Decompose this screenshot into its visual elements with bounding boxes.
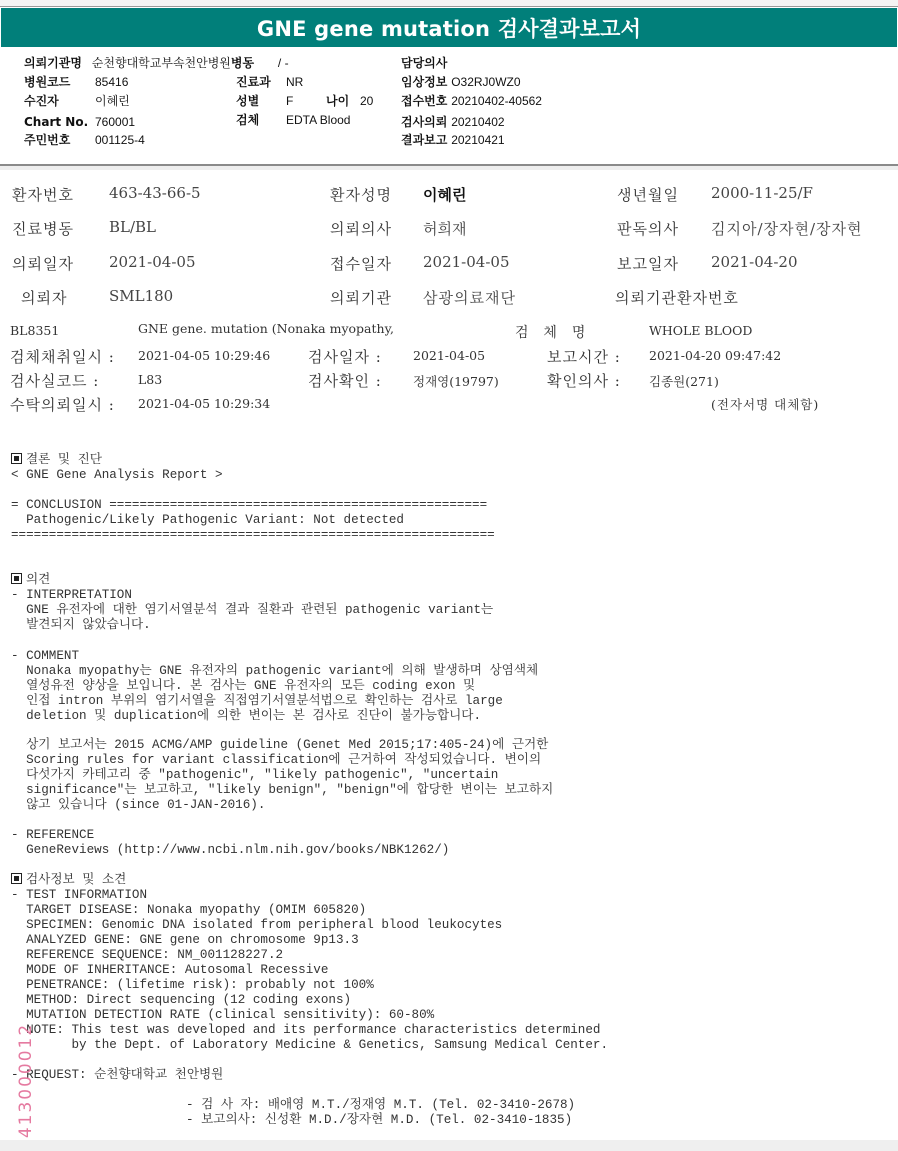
- specimen-label: 검체: [236, 111, 259, 129]
- comment-title: - COMMENT: [11, 649, 79, 664]
- sex-text: F: [286, 94, 293, 108]
- confirm-doctor-label: 확인의사 :: [547, 370, 621, 391]
- receipt-date-label: 접수일자: [330, 253, 392, 274]
- header-rrn: 주민번호: [24, 131, 70, 149]
- receipt-no-value: 20210402-40562: [451, 94, 542, 108]
- confirm-doctor-value: 김종원(271): [649, 372, 719, 390]
- interpretation-title: - INTERPRETATION: [11, 588, 132, 603]
- section-box-icon: [11, 453, 22, 464]
- birthdate-label: 생년월일: [617, 184, 679, 205]
- report-date-value: 2021-04-20: [711, 253, 797, 271]
- chart-value: 760001: [95, 113, 135, 131]
- outsource-time-label: 수탁의뢰일시 :: [10, 394, 115, 415]
- specimen-value: EDTA Blood: [286, 111, 350, 129]
- interpretation-text: GNE 유전자에 대한 염기서열분석 결과 질환과 관련된 pathogenic…: [11, 603, 493, 633]
- header-hospital-code: 병원코드: [24, 73, 70, 91]
- page-footer-bar: [0, 1140, 898, 1151]
- section-box-icon: [11, 873, 22, 884]
- ward-label: 병동: [231, 56, 254, 70]
- patient-no-label: 환자번호: [12, 184, 74, 205]
- comment-paragraph-2: 상기 보고서는 2015 ACMG/AMP guideline (Genet M…: [11, 738, 553, 813]
- report-time-label: 보고시간 :: [547, 346, 621, 367]
- doctor-label: 담당의사: [401, 54, 447, 72]
- header-patient: 수진자: [24, 92, 59, 110]
- receipt-date-value: 2021-04-05: [423, 253, 509, 271]
- reading-doctor-value: 김지아/장자현/장자현: [711, 218, 863, 239]
- report-title: GNE gene mutation 검사결과보고서: [1, 8, 897, 47]
- test-confirm-value: 정재영(19797): [413, 372, 499, 390]
- test-date-value: 2021-04-05: [413, 348, 485, 363]
- patient-label: 수진자: [24, 94, 59, 108]
- header-row-institution: 의뢰기관명 순천향대학교부속천안병원병동 / -: [24, 54, 289, 72]
- specimen-name-label: 검 체 명: [515, 322, 587, 342]
- requesting-institution-label: 의뢰기관: [330, 287, 392, 308]
- request-date-label: 의뢰일자: [12, 253, 74, 274]
- referring-doctor-value: 허희재: [423, 218, 466, 239]
- age-text: 20: [360, 94, 373, 108]
- tester-line: - 검 사 자: 배애영 M.T./정재영 M.T. (Tel. 02-3410…: [186, 1098, 575, 1113]
- patient-text: 이혜린: [95, 94, 130, 108]
- report-title-text: GNE gene mutation 검사결과보고서: [257, 13, 641, 43]
- ward-label: 진료병동: [12, 218, 74, 239]
- note-line-1: NOTE: This test was developed and its pe…: [11, 1023, 600, 1038]
- test-code: BL8351: [10, 323, 59, 338]
- referring-doctor-label: 의뢰의사: [330, 218, 392, 239]
- chart-text: 760001: [95, 115, 135, 129]
- clinical-info-label: 임상정보: [401, 75, 447, 89]
- report-time-value: 2021-04-20 09:47:42: [649, 348, 781, 363]
- test-info-heading: 검사정보 및 소견: [11, 873, 126, 888]
- sex-value: F: [286, 92, 293, 110]
- requester-value: SML180: [109, 287, 173, 305]
- age-label: 나이: [326, 92, 349, 110]
- test-information-title: - TEST INFORMATION: [11, 888, 147, 903]
- report-subheading: < GNE Gene Analysis Report >: [11, 468, 223, 483]
- reading-doctor-label: 판독의사: [617, 218, 679, 239]
- clinical-info-value: O32RJ0WZ0: [451, 75, 520, 89]
- comment-paragraph-1: Nonaka myopathy는 GNE 유전자의 pathogenic var…: [11, 664, 538, 724]
- header-chart: Chart No.: [24, 113, 88, 131]
- dept-text: NR: [286, 75, 303, 89]
- test-date-label: 검사일자 :: [308, 346, 382, 367]
- lab-code-value: L83: [138, 372, 162, 387]
- receipt-no: 접수번호 20210402-40562: [401, 92, 542, 110]
- result-report: 결과보고 20210421: [401, 131, 505, 149]
- age-label-text: 나이: [326, 94, 349, 108]
- test-confirm-label: 검사확인 :: [308, 370, 382, 391]
- patient-no-value: 463-43-66-5: [109, 184, 201, 202]
- institution-label: 의뢰기관명: [24, 56, 82, 70]
- rrn-value: 001125-4: [95, 131, 145, 149]
- specimen-text: EDTA Blood: [286, 113, 350, 127]
- collect-time-label: 검체채취일시 :: [10, 346, 115, 367]
- note-line-2: by the Dept. of Laboratory Medicine & Ge…: [11, 1038, 608, 1053]
- hospital-code-label: 병원코드: [24, 75, 70, 89]
- test-request: 검사의뢰 20210402: [401, 113, 505, 131]
- hospital-code-value: 85416: [95, 73, 128, 91]
- outsource-time-value: 2021-04-05 10:29:34: [138, 396, 270, 411]
- requesting-institution-value: 삼광의료재단: [423, 287, 516, 308]
- report-date-label: 보고일자: [617, 253, 679, 274]
- conclusion-heading: 결론 및 진단: [11, 453, 102, 468]
- test-info-heading-text: 검사정보 및 소견: [26, 873, 126, 887]
- dept-label-text: 진료과: [236, 75, 271, 89]
- divider-shadow: [0, 166, 898, 170]
- result-report-label: 결과보고: [401, 133, 447, 147]
- conclusion-heading-text: 결론 및 진단: [26, 453, 102, 467]
- doctor-label-text: 담당의사: [401, 56, 447, 70]
- specimen-label-text: 검체: [236, 113, 259, 127]
- patient-name-value: 이혜린: [423, 184, 466, 205]
- collect-time-value: 2021-04-05 10:29:46: [138, 348, 270, 363]
- ward-value: BL/BL: [109, 218, 156, 236]
- ward-value: / -: [278, 56, 289, 70]
- reference-sequence-line: REFERENCE SEQUENCE: NM_001128227.2: [11, 948, 283, 963]
- result-report-value: 20210421: [451, 133, 504, 147]
- test-request-value: 20210402: [451, 115, 504, 129]
- institution-patient-no-label: 의뢰기관환자번호: [615, 287, 739, 308]
- dept-value: NR: [286, 73, 303, 91]
- reference-link[interactable]: GeneReviews (http://www.ncbi.nlm.nih.gov…: [11, 843, 449, 858]
- specimen-name-value: WHOLE BLOOD: [649, 323, 752, 338]
- opinion-heading-text: 의견: [26, 573, 50, 587]
- receipt-no-label: 접수번호: [401, 94, 447, 108]
- detection-rate-line: MUTATION DETECTION RATE (clinical sensit…: [11, 1008, 434, 1023]
- top-border: [0, 0, 898, 7]
- lab-code-label: 검사실코드 :: [10, 370, 99, 391]
- conclusion-rule-bottom: ========================================…: [11, 528, 495, 543]
- inheritance-line: MODE OF INHERITANCE: Autosomal Recessive: [11, 963, 328, 978]
- chart-label: Chart No.: [24, 115, 88, 129]
- test-request-label: 검사의뢰: [401, 115, 447, 129]
- patient-value: 이혜린: [95, 92, 130, 110]
- conclusion-result: Pathogenic/Likely Pathogenic Variant: No…: [11, 513, 404, 528]
- target-disease-line: TARGET DISEASE: Nonaka myopathy (OMIM 60…: [11, 903, 366, 918]
- conclusion-rule-top: = CONCLUSION ===========================…: [11, 498, 487, 513]
- request-line: - REQUEST: 순천향대학교 천안병원: [11, 1068, 223, 1083]
- reference-title: - REFERENCE: [11, 828, 94, 843]
- patient-name-label: 환자성명: [330, 184, 392, 205]
- reporting-doctor-line: - 보고의사: 신성환 M.D./장자현 M.D. (Tel. 02-3410-…: [186, 1113, 572, 1128]
- section-box-icon: [11, 573, 22, 584]
- requester-label: 의뢰자: [21, 287, 67, 308]
- penetrance-line: PENETRANCE: (lifetime risk): probably no…: [11, 978, 374, 993]
- birthdate-value: 2000-11-25/F: [711, 184, 813, 202]
- sex-label-text: 성별: [236, 94, 259, 108]
- opinion-heading: 의견: [11, 573, 50, 588]
- sex-label: 성별: [236, 92, 259, 110]
- institution-value: 순천향대학교부속천안병원: [92, 56, 231, 70]
- rrn-text: 001125-4: [95, 133, 145, 147]
- analyzed-gene-line: ANALYZED GENE: GNE gene on chromosome 9p…: [11, 933, 359, 948]
- test-name: GNE gene. mutation (Nonaka myopathy,: [138, 321, 394, 336]
- request-date-value: 2021-04-05: [109, 253, 195, 271]
- dept-label: 진료과: [236, 73, 271, 91]
- hospital-code-text: 85416: [95, 75, 128, 89]
- clinical-info: 임상정보 O32RJ0WZ0: [401, 73, 521, 91]
- specimen-line: SPECIMEN: Genomic DNA isolated from peri…: [11, 918, 502, 933]
- side-stamp-number: - 5413000012: [0, 1010, 18, 1151]
- method-line: METHOD: Direct sequencing (12 coding exo…: [11, 993, 351, 1008]
- esignature-note: (전자서명 대체함): [711, 395, 819, 413]
- age-value: 20: [360, 92, 373, 110]
- rrn-label: 주민번호: [24, 133, 70, 147]
